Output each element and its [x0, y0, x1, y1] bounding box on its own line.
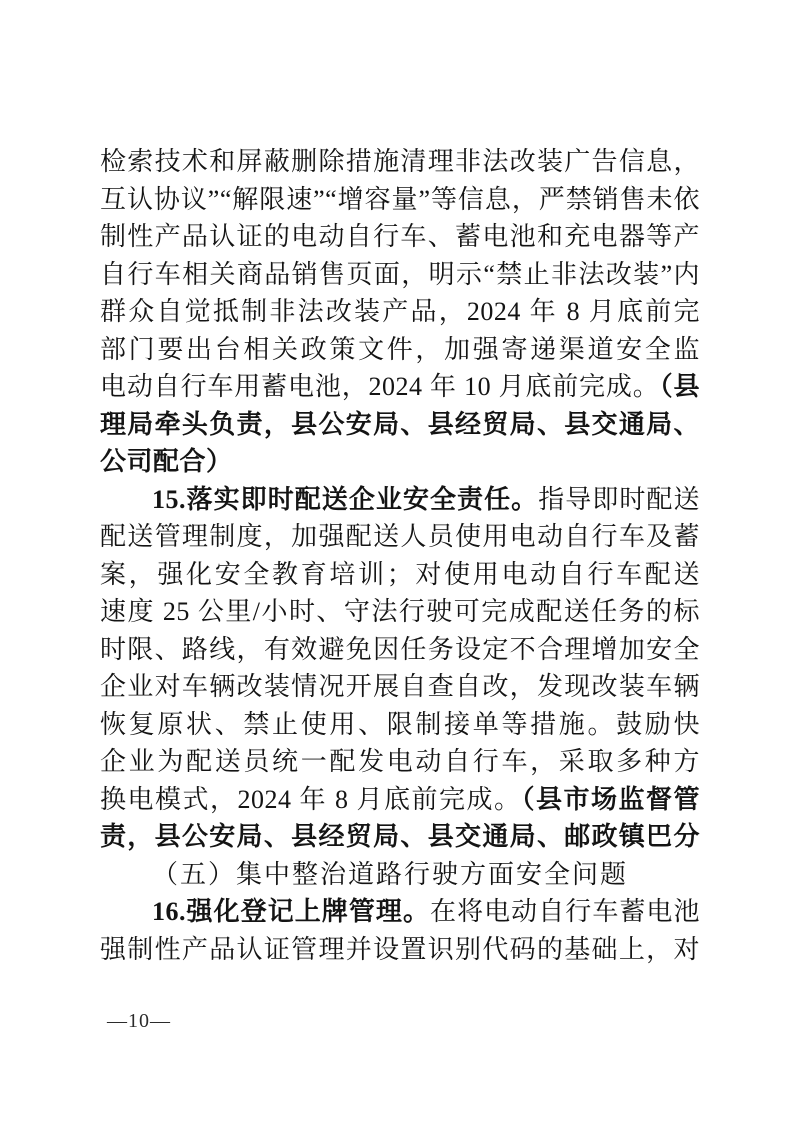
text-line: 责，县公安局、县经贸局、县交通局、邮政镇巴分公司配合） [100, 818, 700, 856]
bold-text-run: 公司配合） [100, 447, 233, 476]
text-run: 时限、路线，有效避免因任务设定不合理增加安全风险。督促 [100, 635, 700, 669]
document-text-block: 检索技术和屏蔽删除措施清理非法改装广告信息，严禁发布“解互认协议”“解限速”“增… [100, 143, 700, 968]
text-run: 恢复原状、禁止使用、限制接单等措施。鼓励快递、外卖平台 [100, 710, 700, 744]
bold-text-run: 16.强化登记上牌管理。 [152, 897, 430, 926]
text-line: 配送管理制度，加强配送人员使用电动自行车及蓄电池审查备 [100, 518, 700, 556]
bold-text-run: 理局牵头负责，县公安局、县经贸局、县交通局、邮政镇巴分 [100, 410, 700, 444]
text-line: 案，强化安全教育培训；对使用电动自行车配送的，按照最高 [100, 556, 700, 594]
text-line: 时限、路线，有效避免因任务设定不合理增加安全风险。督促 [100, 631, 700, 669]
text-run: 群众自觉抵制非法改装产品，2024 年 8 月底前完成。邮政管理 [100, 297, 700, 331]
text-run: 检索技术和屏蔽删除措施清理非法改装广告信息，严禁发布“解 [100, 147, 700, 181]
text-run: 企业为配送员统一配发电动自行车，采取多种方式，推广集中 [100, 747, 700, 781]
text-line: 电动自行车用蓄电池，2024 年 10 月底前完成。（县市场监督管 [100, 368, 700, 406]
text-run: 配送管理制度，加强配送人员使用电动自行车及蓄电池审查备 [100, 522, 700, 556]
text-line: 公司配合） [100, 443, 700, 481]
text-line: 理局牵头负责，县公安局、县经贸局、县交通局、邮政镇巴分 [100, 406, 700, 444]
document-page: 检索技术和屏蔽删除措施清理非法改装广告信息，严禁发布“解互认协议”“解限速”“增… [0, 0, 793, 1122]
text-run: 互认协议”“解限速”“增容量”等信息，严禁销售未依法经强 [100, 185, 700, 219]
text-line: 部门要出台相关政策文件，加强寄递渠道安全监管，禁止寄递 [100, 331, 700, 369]
text-line: 企业对车辆改装情况开展自查自改，发现改装车辆的落实责令 [100, 668, 700, 706]
text-line: 群众自觉抵制非法改装产品，2024 年 8 月底前完成。邮政管理 [100, 293, 700, 331]
text-line: 企业为配送员统一配发电动自行车，采取多种方式，推广集中 [100, 743, 700, 781]
text-line: 恢复原状、禁止使用、限制接单等措施。鼓励快递、外卖平台 [100, 706, 700, 744]
text-run: 案，强化安全教育培训；对使用电动自行车配送的，按照最高 [100, 560, 700, 594]
text-line: 速度 25 公里/小时、守法行驶可完成配送任务的标准设定配送 [100, 593, 700, 631]
text-run: 强制性产品认证管理并设置识别代码的基础上，对电动自行车 [100, 935, 700, 969]
text-line: 自行车相关商品销售页面，明示“禁止非法改装”内容，引导 [100, 256, 700, 294]
bold-text-run: 15.落实即时配送企业安全责任。 [152, 485, 538, 514]
text-run: 换电模式，2024 年 8 月底前完成。 [100, 785, 521, 814]
text-line: 15.落实即时配送企业安全责任。指导即时配送企业完善 [100, 481, 700, 519]
text-line: 检索技术和屏蔽删除措施清理非法改装广告信息，严禁发布“解 [100, 143, 700, 181]
text-run: 制性产品认证的电动自行车、蓄电池和充电器等产品；在电动 [100, 222, 700, 256]
text-line: 强制性产品认证管理并设置识别代码的基础上，对电动自行车 [100, 931, 700, 969]
text-line: 换电模式，2024 年 8 月底前完成。（县市场监督管理局牵头负 [100, 781, 700, 819]
text-run: 部门要出台相关政策文件，加强寄递渠道安全监管，禁止寄递 [100, 335, 700, 369]
text-line: （五）集中整治道路行驶方面安全问题 [100, 856, 700, 894]
text-line: 16.强化登记上牌管理。在将电动自行车蓄电池依法纳入 [100, 893, 700, 931]
bold-text-run: 责，县公安局、县经贸局、县交通局、邮政镇巴分公司配合） [100, 822, 700, 856]
text-run: 速度 25 公里/小时、守法行驶可完成配送任务的标准设定配送 [100, 597, 700, 631]
page-number: —10— [107, 1008, 171, 1034]
text-line: 互认协议”“解限速”“增容量”等信息，严禁销售未依法经强 [100, 181, 700, 219]
text-run: 自行车相关商品销售页面，明示“禁止非法改装”内容，引导 [100, 260, 700, 294]
text-run: 电动自行车用蓄电池，2024 年 10 月底前完成。 [100, 372, 660, 401]
text-run: 企业对车辆改装情况开展自查自改，发现改装车辆的落实责令 [100, 672, 700, 706]
text-line: 制性产品认证的电动自行车、蓄电池和充电器等产品；在电动 [100, 218, 700, 256]
text-run: （五）集中整治道路行驶方面安全问题 [152, 860, 628, 889]
